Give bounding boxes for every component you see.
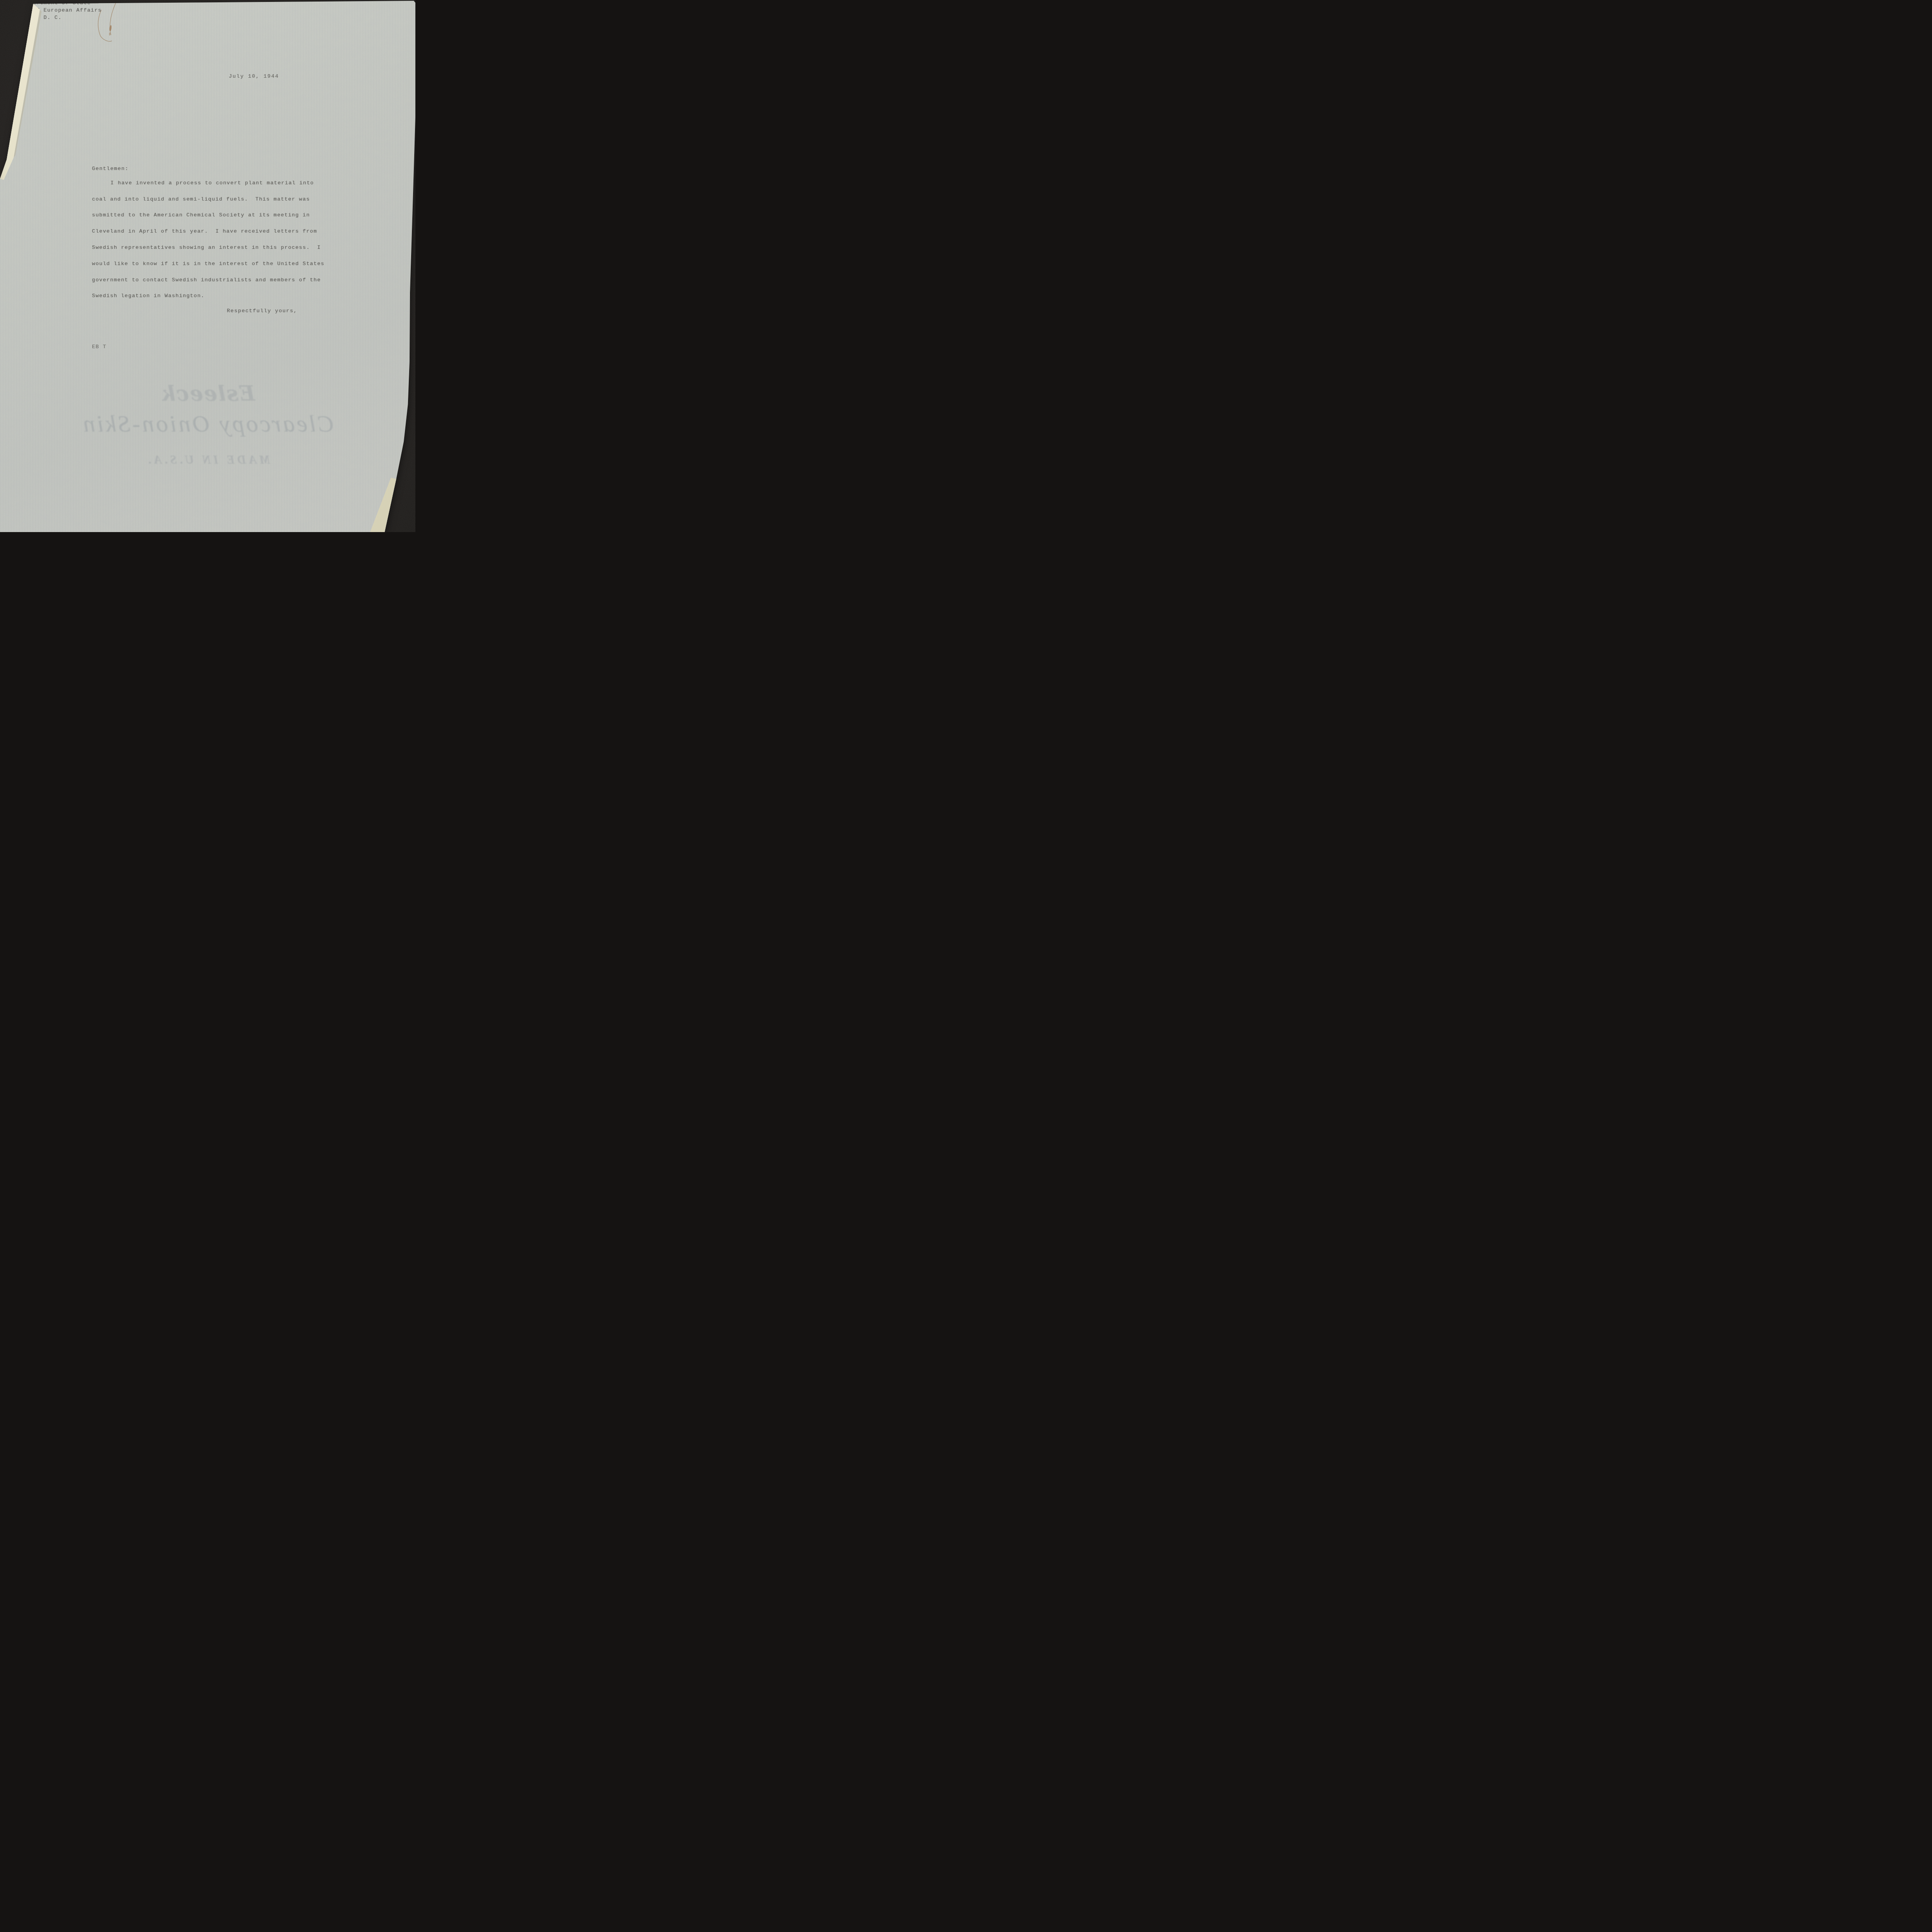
body-line: submitted to the American Chemical Socie…	[92, 213, 310, 218]
recipient-line: U. S. Department of State	[0, 0, 415, 7]
body-line: Cleveland in April of this year. I have …	[92, 229, 317, 235]
body-line: coal and into liquid and semi-liquid fue…	[92, 197, 310, 202]
letter-sheet: Esleeck Clearcopy Onion-Skin MADE IN U.S…	[0, 0, 415, 532]
watermark-origin: MADE IN U.S.A.	[0, 453, 415, 467]
date-line: July 10, 1944	[229, 74, 279, 80]
recipient-block: U. S. Department of State Division of Eu…	[0, 0, 415, 22]
recipient-line: Division of European Affairs	[0, 7, 415, 15]
watermark-brand: Clearcopy Onion-Skin	[0, 410, 415, 438]
body-line: Swedish legation in Washington.	[92, 293, 204, 299]
salutation: Gentlemen:	[92, 166, 129, 172]
typist-initials: EB T	[92, 344, 107, 350]
body-line: would like to know if it is in the inter…	[92, 261, 325, 267]
body-line: Swedish representatives showing an inter…	[92, 245, 321, 251]
letter-sheet-wrap: Esleeck Clearcopy Onion-Skin MADE IN U.S…	[0, 0, 415, 532]
watermark-maker-script: Esleeck	[0, 381, 415, 406]
recipient-line: Washington, D. C.	[0, 15, 415, 22]
closing-line: Respectfully yours,	[227, 308, 297, 314]
body-line: government to contact Swedish industrial…	[92, 277, 321, 283]
scan-background: Esleeck Clearcopy Onion-Skin MADE IN U.S…	[0, 0, 415, 532]
body-line: I have invented a process to convert pla…	[92, 180, 314, 186]
